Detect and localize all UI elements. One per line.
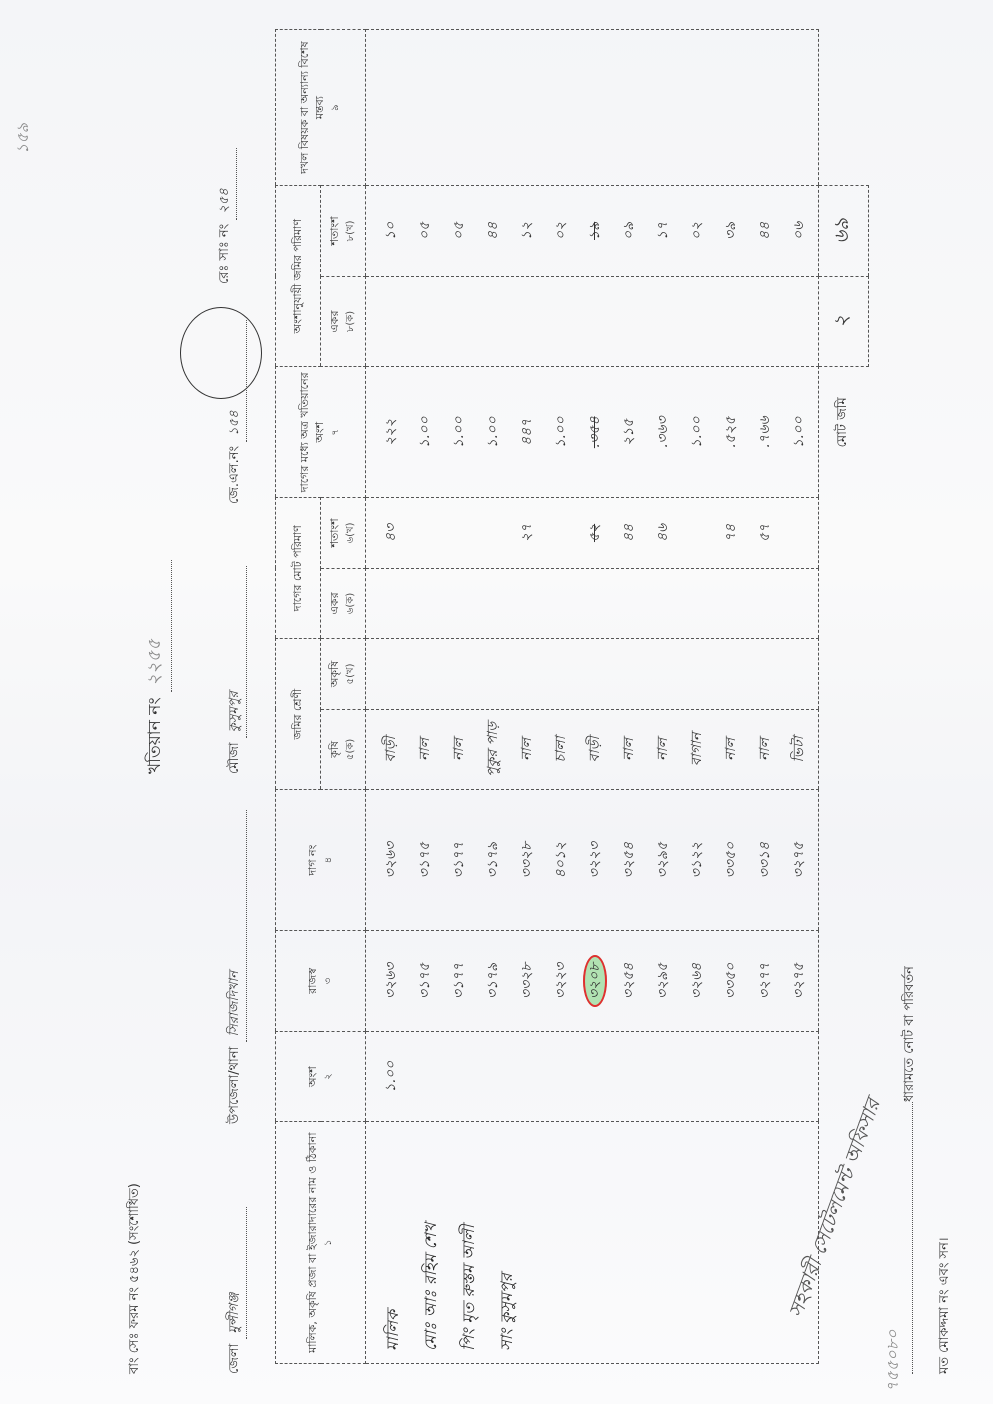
table-cell-land_dec: ০২ [680, 188, 714, 274]
table-cell-land_dec: ১০ [374, 188, 408, 274]
owner-line: পিং মৃত রুস্তম আলী [450, 1124, 488, 1361]
district-value: মুন্সীগঞ্জ [225, 1207, 247, 1339]
mouza-label: মৌজা [227, 742, 242, 774]
table-cell-class: ভিটা [782, 712, 816, 788]
table-cell-land_dec: ৪৪ [748, 188, 782, 274]
table-cell-share: .৩৬৩ [646, 369, 680, 495]
footer-case-note: মত মোকদ্দমা নং এবং সন। [935, 1237, 956, 1374]
district-label: জেলা [227, 1344, 242, 1374]
table-cell-revenue: ৩৩২৮ [510, 933, 544, 1029]
table-cell-dag: ৩৩২৮ [510, 792, 544, 928]
khatian-label: খতিয়ান নং [145, 697, 165, 774]
table-cell-class: পুকুর পাড় [476, 712, 510, 788]
owner-cell: মালিক মোঃ আঃ রহিম শেখ পিং মৃত রুস্তম আলী… [366, 1122, 819, 1364]
table-cell-dag: ৩১৭৯ [476, 792, 510, 928]
upazila-field: উপজেলা/থানা সিরাজদিখান [225, 811, 247, 1125]
table-cell-dag: ৩১২২ [680, 792, 714, 928]
table-cell-revenue: ৩২৭৭ [748, 933, 782, 1029]
table-cell-dag: ৩২৬৩ [374, 792, 408, 928]
table-cell-share: ৪৪৭ [510, 369, 544, 495]
table-cell-class: নাল [408, 712, 442, 788]
table-cell-land_dec: ১৯ [578, 188, 612, 274]
table-cell-dag: ৩২৯৫ [646, 792, 680, 928]
header-land-class: জমির শ্রেণী [276, 639, 321, 790]
header-khatian-share: দাগের মধ্যে অত্র খতিয়ানের অংশ৭ [276, 367, 366, 498]
district-field: জেলা মুন্সীগঞ্জ [225, 1207, 247, 1374]
table-cell-dag: ৩২২৩ [578, 792, 612, 928]
table-cell-revenue: ৩১৭৯ [476, 933, 510, 1029]
table-cell-share: ২১৫ [612, 369, 646, 495]
footer-change-note: ধারামতে নোট বা পরিবর্তন [900, 966, 921, 1374]
table-cell-revenue: ৩২৫৪ [612, 933, 646, 1029]
table-cell-revenue: ৩২৬৪ [680, 933, 714, 1029]
table-cell-dag: ৩১৭৫ [408, 792, 442, 928]
khatian-title: খতিয়ান নং ২২৫৫ [140, 560, 172, 774]
table-cell-dag: ৩৩৫০ [714, 792, 748, 928]
table-cell-decimal: ৪৪ [612, 500, 646, 565]
table-cell-share: ১.০০ [782, 369, 816, 495]
header-dag-acre: একর৬(ক) [321, 568, 366, 638]
header-land-amount: অংশানুযায়ী জমির পরিমাণ [276, 186, 321, 367]
table-cell-decimal: ৪৬ [646, 500, 680, 565]
table-cell-class: বাড়ী [578, 712, 612, 788]
reg-field: রেঃ সাঃ নং ২৫৪ [215, 148, 237, 284]
table-cell-land_dec: ১২ [510, 188, 544, 274]
table-cell-land_dec: ০৫ [442, 188, 476, 274]
jl-label: জে.এল.নং [227, 446, 242, 504]
table-cell-decimal [442, 500, 476, 565]
owner-line: মোঃ আঃ রহিম শেখ [412, 1124, 450, 1361]
table-cell-dag: ৩২৭৫ [782, 792, 816, 928]
table-cell-share: ২২২ [374, 369, 408, 495]
table-cell-class: বাড়ী [374, 712, 408, 788]
table-cell-decimal [408, 500, 442, 565]
table-cell-revenue: ৩১৭৭ [442, 933, 476, 1029]
table-cell-revenue: ৩২৯৫ [646, 933, 680, 1029]
reg-value: ২৫৪ [215, 148, 237, 220]
corner-note-left: ১৫৯ [10, 123, 37, 154]
non-agri-column [366, 639, 819, 709]
table-cell-decimal [782, 500, 816, 565]
share-cell: ১.০০ [366, 1031, 819, 1122]
table-cell-class: নাল [442, 712, 476, 788]
table-cell-class: বাগান [680, 712, 714, 788]
header-dag-total: দাগের মোট পরিমাণ [276, 498, 321, 639]
table-cell-class: নাল [510, 712, 544, 788]
table-cell-decimal: ২৭ [510, 500, 544, 565]
header-share: অংশ২ [276, 1031, 366, 1122]
table-cell-revenue: ৩২৭৫ [782, 933, 816, 1029]
header-agri: কৃষি৫(ক) [321, 709, 366, 790]
upazila-label: উপজেলা/থানা [227, 1047, 242, 1124]
table-cell-decimal: ৫২ [578, 500, 612, 565]
land-acre-column [366, 276, 819, 367]
header-dag-decimal: শতাংশ৬(খ) [321, 498, 366, 568]
table-cell-share: ১.০০ [442, 369, 476, 495]
header-non-agri: অকৃষি৫(খ) [321, 639, 366, 709]
table-cell-class: নাল [714, 712, 748, 788]
reg-label: রেঃ সাঃ নং [217, 224, 232, 284]
table-cell-revenue: ৩২০৮ [578, 933, 612, 1029]
table-cell-share: .৩৫৪ [578, 369, 612, 495]
header-revenue: রাজস্ব৩ [276, 931, 366, 1032]
table-cell-class: নাল [748, 712, 782, 788]
table-cell-land_dec: ১৭ [646, 188, 680, 274]
table-cell-decimal: ৫৭ [748, 500, 782, 565]
dag-column: ৩২৬৩৩১৭৫৩১৭৭৩১৭৯৩৩২৮৪০১২৩২২৩৩২৫৪৩২৯৫৩১২২… [366, 790, 819, 931]
total-acre: ২ [819, 276, 869, 367]
table-cell-land_dec: ৩৯ [714, 188, 748, 274]
land-decimal-column: ১০০৫০৫৪৪১২০২১৯০৯১৭০২৩৯৪৪০৬ [366, 186, 819, 277]
table-cell-share: ১.০০ [544, 369, 578, 495]
table-cell-decimal [544, 500, 578, 565]
table-cell-land_dec: ৪৪ [476, 188, 510, 274]
upazila-value: সিরাজদিখান [225, 811, 247, 1043]
table-cell-decimal: ৪৩ [374, 500, 408, 565]
table-cell-revenue: ৩৩৫০ [714, 933, 748, 1029]
table-cell-land_dec: ০৬ [782, 188, 816, 274]
table-cell-class: চালা [544, 712, 578, 788]
table-cell-revenue: ৩২৬৩ [374, 933, 408, 1029]
khatian-share-column: ২২২১.০০১.০০১.০০৪৪৭১.০০.৩৫৪২১৫.৩৬৩১.০০.৫২… [366, 367, 819, 498]
land-class-column: বাড়ীনালনালপুকুর পাড়নালচালাবাড়ীনালনালব… [366, 709, 819, 790]
khatian-table: মালিক, অকৃষি প্রজা বা ইজারাদারের নাম ও ঠ… [275, 29, 869, 1364]
table-cell-share: ১.০০ [408, 369, 442, 495]
khatian-number: ২২৫৫ [140, 560, 172, 692]
table-cell-land_dec: ০৯ [612, 188, 646, 274]
table-cell-decimal [680, 500, 714, 565]
mouza-value: কুসুমপুর [225, 566, 247, 738]
table-cell-dag: ৩৩১৪ [748, 792, 782, 928]
mouza-field: মৌজা কুসুমপুর [225, 566, 247, 774]
revenue-column: ৩২৬৩৩১৭৫৩১৭৭৩১৭৯৩৩২৮৩২২৩৩২০৮৩২৫৪৩২৯৫৩২৬৪… [366, 931, 819, 1032]
header-land-decimal: শতাংশ৮(খ) [321, 186, 366, 277]
dag-acre-column [366, 568, 819, 638]
table-cell-share: .৫২৫ [714, 369, 748, 495]
total-decimal: ৬৯ [819, 186, 869, 277]
table-cell-dag: ৩১৭৭ [442, 792, 476, 928]
owner-line: মালিক [374, 1124, 412, 1361]
table-cell-share: ১.০০ [476, 369, 510, 495]
highlighted-revenue: ৩২০৮ [583, 955, 607, 1007]
table-cell-land_dec: ০২ [544, 188, 578, 274]
header-owner: মালিক, অকৃষি প্রজা বা ইজারাদারের নাম ও ঠ… [276, 1122, 366, 1364]
table-cell-revenue: ৩১৭৫ [408, 933, 442, 1029]
owner-line: সাং কুসুমপুর [488, 1124, 526, 1361]
table-cell-share: ১.০০ [680, 369, 714, 495]
header-remarks: দখল বিষয়ক বা অন্যান্য বিশেষ মন্তব্য৯ [276, 30, 366, 186]
header-land-acre: একর৮(ক) [321, 276, 366, 367]
dag-decimal-column: ৪৩২৭৫২৪৪৪৬৭৪৫৭ [366, 498, 819, 568]
form-reference: বাং সেঃ ফরম নং ৫৪৬২ (সংশোধিত) [125, 1183, 146, 1374]
table-cell-decimal [476, 500, 510, 565]
table-cell-land_dec: ০৫ [408, 188, 442, 274]
table-cell-revenue: ৩২২৩ [544, 933, 578, 1029]
table-cell-decimal: ৭৪ [714, 500, 748, 565]
table-cell-class: নাল [612, 712, 646, 788]
remarks-column [366, 30, 819, 186]
table-cell-class: নাল [646, 712, 680, 788]
table-cell-dag: ৪০১২ [544, 792, 578, 928]
table-cell-dag: ৩২৫৪ [612, 792, 646, 928]
header-dag-no: দাগ নং৪ [276, 790, 366, 931]
table-cell-share: .৭৬৬ [748, 369, 782, 495]
khatian-page: ১৫৯ ৭৫৫০৮০ বাং সেঃ ফরম নং ৫৪৬২ (সংশোধিত)… [0, 0, 993, 1404]
jl-circle-mark [180, 307, 262, 399]
owner-share: ১.০০ [374, 1034, 408, 1120]
